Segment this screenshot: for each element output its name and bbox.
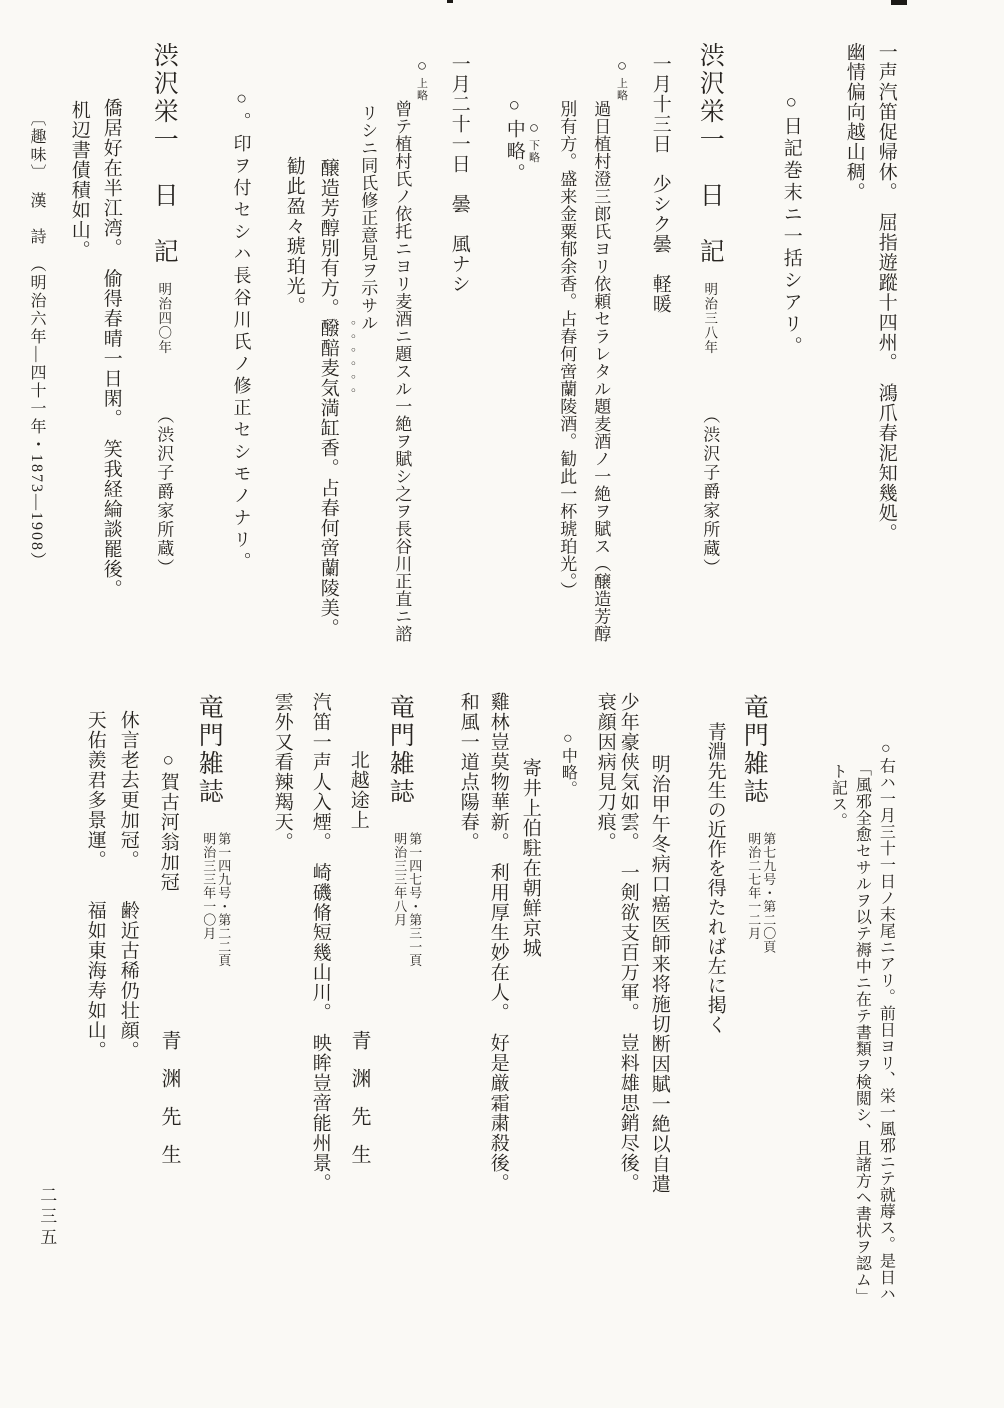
running-header: 〔趣味〕 漢 詩 （明治六年―四十一年・1873―1908）: [26, 110, 46, 570]
spacer: [709, 266, 710, 282]
issue-page-note-line: 明治三三年一〇月: [200, 832, 215, 967]
issue-page-note: 第一四七号・第三一頁明治三三年八月: [391, 832, 421, 967]
source-header: 竜門雑誌第一四七号・第三一頁明治三三年八月: [384, 694, 421, 967]
header-text: 下略: [528, 140, 540, 164]
editor-note: ○。印ヲ付セシハ長谷川氏ノ修正セシモノナリ。: [230, 88, 253, 574]
spacer: [163, 266, 164, 282]
signature: 青渊先生: [156, 1030, 181, 1182]
diary-text: 曾テ植村氏ノ依托ニヨリ麦酒ニ題スル一絶ヲ賦シ之ヲ長谷川正直ニ諮: [391, 100, 412, 643]
header-text: ○: [525, 118, 544, 138]
issue-page-note-line: 第一四九号・第二二頁: [215, 832, 230, 967]
ellipsis-note: ○上略: [412, 56, 432, 102]
spacer: [163, 355, 164, 407]
scan-artifact: [447, 0, 453, 3]
source-header: 竜門雑誌第一四九号・第二二頁明治三三年一〇月: [193, 694, 230, 967]
header-text: （渋沢子爵家所蔵）: [154, 407, 173, 578]
date-line: 一月十三日 少シク曇 軽暖: [648, 54, 672, 314]
poem-line: 机辺書債積如山。: [67, 100, 91, 260]
poem-line: 雲外又看辣羯天。: [270, 692, 294, 852]
date-line: 一月二十一日 曇 風ナシ: [447, 54, 471, 294]
editor-note: ○中略。: [558, 730, 576, 797]
book-page: 〔趣味〕 漢 詩 （明治六年―四十一年・1873―1908） 一声汽笛促帰休。 …: [0, 0, 1004, 1408]
header-text: 竜門雑誌: [386, 694, 413, 806]
issue-page-note-line: 第一四七号・第三一頁: [406, 832, 421, 967]
section-header: 渋沢栄一 日 記明治四〇年（渋沢子爵家所蔵）: [148, 42, 179, 578]
poem-title: ○賀古河翁加冠: [156, 750, 180, 892]
poem-line: 勧此盈々琥珀光。: [282, 156, 306, 316]
poem-line: 衰顔因病見刀痕。: [593, 692, 617, 852]
poem-title: 明治甲午冬病口癌医師来将施切断因賦一絶以自遣: [647, 754, 671, 1194]
issue-page-note-line: 明治三三年八月: [391, 832, 406, 967]
poem-line: 幽情偏向越山稠。: [842, 42, 866, 202]
issue-page-note-line: 第七九号・第二〇頁: [760, 832, 775, 954]
header-text: 上略: [616, 78, 628, 102]
scan-artifact: [891, 0, 907, 5]
header-text: 上略: [416, 78, 428, 102]
page-number: 二三五: [36, 1186, 57, 1249]
header-text: 竜門雑誌: [740, 694, 767, 806]
poem-line: 醸造芳醇別有方。醱醅麦気満缸香。占春何啻蘭陵美。: [316, 158, 340, 638]
ellipsis-note: ○下略: [524, 118, 544, 164]
poem-line: 一声汽笛促帰休。 屈指遊蹤十四州。 鴻爪春泥知幾処。: [874, 42, 898, 543]
poem-line: 休言老去更加冠。 齢近古稀仍壮顔。: [116, 710, 140, 1061]
spacer: [399, 806, 400, 832]
ellipsis-note: ○上略: [612, 56, 632, 102]
poem-title: 北越途上: [346, 750, 370, 830]
poem-title: 寄井上伯駐在朝鮮京城: [518, 758, 542, 958]
poem-line: 雞林豈莫物華新。 利用厚生妙在人。 好是厳霜粛殺後。: [486, 692, 510, 1193]
editor-note: ○中略。: [502, 95, 526, 185]
signature: 青渊先生: [346, 1030, 371, 1182]
poem-line: 少年豪侠気如雲。 一剣欲支百万軍。 豈料雄思銷尽後。: [616, 692, 640, 1193]
poem-line: 天佑羨君多景運。 福如東海寿如山。: [83, 710, 107, 1061]
poem-line: 僑居好在半江湾。 偷得春晴一日閑。 笑我経綸談罷後。: [99, 98, 123, 599]
header-text: ○: [413, 56, 432, 76]
header-text: 明治四〇年: [156, 282, 171, 355]
poem-line: 和風一道点陽春。: [456, 692, 480, 852]
editor-note: ○右ハ一月三十一日ノ末尾ニアリ。前日ヨリ、栄一風邪ニテ就蓐ス。是日ハ: [876, 740, 894, 1302]
spacer: [753, 806, 754, 832]
emphasis-marks: 。。。。。。: [340, 320, 356, 408]
editor-note: ト記ス。: [828, 763, 846, 829]
source-header: 竜門雑誌第七九号・第二〇頁明治二七年一二月: [738, 694, 775, 954]
header-text: 竜門雑誌: [195, 694, 222, 806]
poem-line: 汽笛一声人入煙。 崎磯脩短幾山川。 映眸豈啻能州景。: [308, 692, 332, 1193]
header-text: 渋沢栄一 日 記: [696, 42, 723, 266]
header-text: 渋沢栄一 日 記: [150, 42, 177, 266]
header-text: （渋沢子爵家所蔵）: [700, 407, 719, 578]
diary-text: リシニ同氏修正意見ヲ示サル: [357, 104, 378, 332]
header-text: 明治三八年: [702, 282, 717, 355]
header-text: ○: [613, 56, 632, 76]
issue-page-note: 第七九号・第二〇頁明治二七年一二月: [745, 832, 775, 954]
spacer: [709, 355, 710, 407]
issue-page-note-line: 明治二七年一二月: [745, 832, 760, 954]
editor-note: 「風邪全愈セサルヲ以テ褥中ニ在テ書類ヲ検閲シ、且諸方ヘ書状ヲ認ム」: [852, 760, 870, 1305]
editor-note: ○日記巻末ニ一括シアリ。: [779, 92, 803, 358]
spacer: [208, 806, 209, 832]
diary-text: 過日植村澄三郎氏ヨリ依頼セラレタル題麦酒ノ一絶ヲ賦ス（醸造芳醇: [590, 100, 611, 643]
issue-page-note: 第一四九号・第二二頁明治三三年一〇月: [200, 832, 230, 967]
section-header: 渋沢栄一 日 記明治三八年（渋沢子爵家所蔵）: [694, 42, 725, 578]
lead-text: 青淵先生の近作を得たれば左に掲く: [703, 722, 727, 1034]
diary-text: 別有方。盛来金粟郁余香。占春何啻蘭陵酒。勧此一杯琥珀光。）: [556, 100, 577, 599]
